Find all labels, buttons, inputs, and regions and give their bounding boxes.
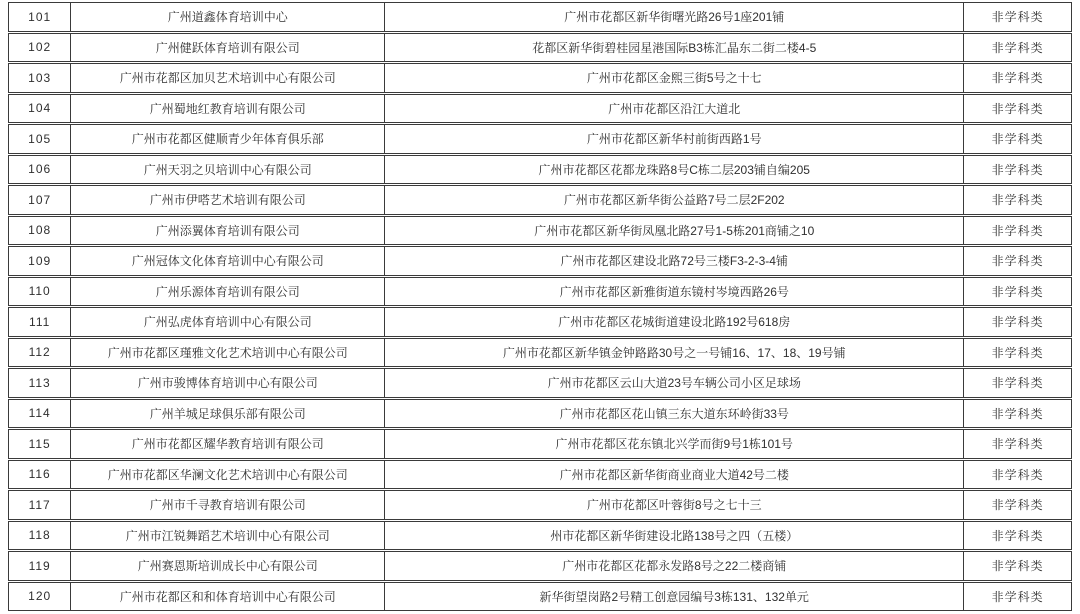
table-row: 103 广州市花都区加贝艺术培训中心有限公司 广州市花都区金熙三街5号之十七 非… [8, 63, 1072, 93]
row-number: 109 [8, 246, 70, 276]
institution-address: 广州市花都区叶蓉街8号之七十三 [384, 490, 963, 520]
category-label: 非学科类 [963, 94, 1072, 124]
training-institutions-table-page: 101 广州道鑫体育培训中心 广州市花都区新华街曙光路26号1座201铺 非学科… [0, 0, 1080, 614]
institution-address: 广州市花都区新华街公益路7号二层2F202 [384, 185, 963, 215]
row-number: 120 [8, 582, 70, 612]
row-number: 118 [8, 521, 70, 551]
table-row: 105 广州市花都区健顺青少年体育俱乐部 广州市花都区新华村前街西路1号 非学科… [8, 124, 1072, 154]
institution-address: 新华街望岗路2号精工创意园编号3栋131、132单元 [384, 582, 963, 612]
category-label: 非学科类 [963, 33, 1072, 63]
institution-address: 广州市花都区金熙三街5号之十七 [384, 63, 963, 93]
row-number: 106 [8, 155, 70, 185]
institution-name: 广州冠体文化体育培训中心有限公司 [70, 246, 384, 276]
institution-name: 广州市江锐舞蹈艺术培训中心有限公司 [70, 521, 384, 551]
institution-address: 广州市花都区建设北路72号三楼F3-2-3-4铺 [384, 246, 963, 276]
institution-name: 广州市花都区加贝艺术培训中心有限公司 [70, 63, 384, 93]
row-number: 116 [8, 460, 70, 490]
category-label: 非学科类 [963, 551, 1072, 581]
institution-address: 广州市花都区花都龙珠路8号C栋二层203铺自编205 [384, 155, 963, 185]
institution-address: 广州市花都区花山镇三东大道东环岭街33号 [384, 399, 963, 429]
table-row: 118 广州市江锐舞蹈艺术培训中心有限公司 州市花都区新华街建设北路138号之四… [8, 521, 1072, 551]
institution-address: 广州市花都区花东镇北兴学而街9号1栋101号 [384, 429, 963, 459]
category-label: 非学科类 [963, 63, 1072, 93]
row-number: 102 [8, 33, 70, 63]
row-number: 114 [8, 399, 70, 429]
institution-table-body: 101 广州道鑫体育培训中心 广州市花都区新华街曙光路26号1座201铺 非学科… [8, 2, 1072, 611]
institution-name: 广州市花都区耀华教育培训有限公司 [70, 429, 384, 459]
row-number: 117 [8, 490, 70, 520]
row-number: 108 [8, 216, 70, 246]
category-label: 非学科类 [963, 277, 1072, 307]
row-number: 113 [8, 368, 70, 398]
institution-name: 广州市花都区瑾雅文化艺术培训中心有限公司 [70, 338, 384, 368]
row-number: 107 [8, 185, 70, 215]
row-number: 119 [8, 551, 70, 581]
row-number: 103 [8, 63, 70, 93]
table-row: 110 广州乐源体育培训有限公司 广州市花都区新雅街道东镜村岑境西路26号 非学… [8, 277, 1072, 307]
institution-name: 广州市花都区健顺青少年体育俱乐部 [70, 124, 384, 154]
row-number: 112 [8, 338, 70, 368]
category-label: 非学科类 [963, 582, 1072, 612]
institution-name: 广州市花都区华澜文化艺术培训中心有限公司 [70, 460, 384, 490]
institution-address: 广州市花都区云山大道23号车辆公司小区足球场 [384, 368, 963, 398]
table-row: 114 广州羊城足球俱乐部有限公司 广州市花都区花山镇三东大道东环岭街33号 非… [8, 399, 1072, 429]
category-label: 非学科类 [963, 429, 1072, 459]
institution-address: 广州市花都区花都永发路8号之22二楼商铺 [384, 551, 963, 581]
institution-name: 广州市花都区和和体育培训中心有限公司 [70, 582, 384, 612]
institution-address: 广州市花都区新华村前街西路1号 [384, 124, 963, 154]
table-row: 106 广州天羽之贝培训中心有限公司 广州市花都区花都龙珠路8号C栋二层203铺… [8, 155, 1072, 185]
institution-address: 州市花都区新华街建设北路138号之四（五楼） [384, 521, 963, 551]
category-label: 非学科类 [963, 490, 1072, 520]
institution-address: 广州市花都区花城街道建设北路192号618房 [384, 307, 963, 337]
institution-name: 广州健跃体育培训有限公司 [70, 33, 384, 63]
table-row: 113 广州市骏博体育培训中心有限公司 广州市花都区云山大道23号车辆公司小区足… [8, 368, 1072, 398]
category-label: 非学科类 [963, 338, 1072, 368]
institution-name: 广州市千寻教育培训有限公司 [70, 490, 384, 520]
institution-name: 广州道鑫体育培训中心 [70, 2, 384, 32]
table-row: 115 广州市花都区耀华教育培训有限公司 广州市花都区花东镇北兴学而街9号1栋1… [8, 429, 1072, 459]
row-number: 111 [8, 307, 70, 337]
institution-address: 广州市花都区新华街商业商业大道42号二楼 [384, 460, 963, 490]
institution-name: 广州羊城足球俱乐部有限公司 [70, 399, 384, 429]
table-row: 112 广州市花都区瑾雅文化艺术培训中心有限公司 广州市花都区新华镇金钟路路30… [8, 338, 1072, 368]
table-row: 109 广州冠体文化体育培训中心有限公司 广州市花都区建设北路72号三楼F3-2… [8, 246, 1072, 276]
category-label: 非学科类 [963, 460, 1072, 490]
category-label: 非学科类 [963, 2, 1072, 32]
institution-name: 广州赛恩斯培训成长中心有限公司 [70, 551, 384, 581]
category-label: 非学科类 [963, 521, 1072, 551]
institution-name: 广州蜀地红教育培训有限公司 [70, 94, 384, 124]
institution-address: 广州市花都区新雅街道东镜村岑境西路26号 [384, 277, 963, 307]
row-number: 110 [8, 277, 70, 307]
institution-address: 广州市花都区新华街曙光路26号1座201铺 [384, 2, 963, 32]
category-label: 非学科类 [963, 368, 1072, 398]
table-row: 116 广州市花都区华澜文化艺术培训中心有限公司 广州市花都区新华街商业商业大道… [8, 460, 1072, 490]
category-label: 非学科类 [963, 216, 1072, 246]
table-row: 111 广州弘虎体育培训中心有限公司 广州市花都区花城街道建设北路192号618… [8, 307, 1072, 337]
institution-name: 广州天羽之贝培训中心有限公司 [70, 155, 384, 185]
row-number: 115 [8, 429, 70, 459]
category-label: 非学科类 [963, 246, 1072, 276]
institution-name: 广州添翼体育培训有限公司 [70, 216, 384, 246]
table-row: 104 广州蜀地红教育培训有限公司 广州市花都区沿江大道北 非学科类 [8, 94, 1072, 124]
table-row: 119 广州赛恩斯培训成长中心有限公司 广州市花都区花都永发路8号之22二楼商铺… [8, 551, 1072, 581]
table-row: 101 广州道鑫体育培训中心 广州市花都区新华街曙光路26号1座201铺 非学科… [8, 2, 1072, 32]
institution-address: 广州市花都区新华镇金钟路路30号之一号铺16、17、18、19号铺 [384, 338, 963, 368]
table-row: 120 广州市花都区和和体育培训中心有限公司 新华街望岗路2号精工创意园编号3栋… [8, 582, 1072, 612]
category-label: 非学科类 [963, 155, 1072, 185]
row-number: 101 [8, 2, 70, 32]
table-row: 107 广州市伊嗒艺术培训有限公司 广州市花都区新华街公益路7号二层2F202 … [8, 185, 1072, 215]
institution-address: 花都区新华街碧桂园星港国际B3栋汇晶东二街二楼4-5 [384, 33, 963, 63]
institution-name: 广州弘虎体育培训中心有限公司 [70, 307, 384, 337]
category-label: 非学科类 [963, 399, 1072, 429]
category-label: 非学科类 [963, 185, 1072, 215]
institution-table: 101 广州道鑫体育培训中心 广州市花都区新华街曙光路26号1座201铺 非学科… [8, 1, 1072, 612]
table-row: 102 广州健跃体育培训有限公司 花都区新华街碧桂园星港国际B3栋汇晶东二街二楼… [8, 33, 1072, 63]
category-label: 非学科类 [963, 124, 1072, 154]
table-row: 117 广州市千寻教育培训有限公司 广州市花都区叶蓉街8号之七十三 非学科类 [8, 490, 1072, 520]
row-number: 104 [8, 94, 70, 124]
table-row: 108 广州添翼体育培训有限公司 广州市花都区新华街凤凰北路27号1-5栋201… [8, 216, 1072, 246]
institution-name: 广州市伊嗒艺术培训有限公司 [70, 185, 384, 215]
institution-name: 广州乐源体育培训有限公司 [70, 277, 384, 307]
institution-name: 广州市骏博体育培训中心有限公司 [70, 368, 384, 398]
row-number: 105 [8, 124, 70, 154]
institution-address: 广州市花都区新华街凤凰北路27号1-5栋201商铺之10 [384, 216, 963, 246]
category-label: 非学科类 [963, 307, 1072, 337]
institution-address: 广州市花都区沿江大道北 [384, 94, 963, 124]
